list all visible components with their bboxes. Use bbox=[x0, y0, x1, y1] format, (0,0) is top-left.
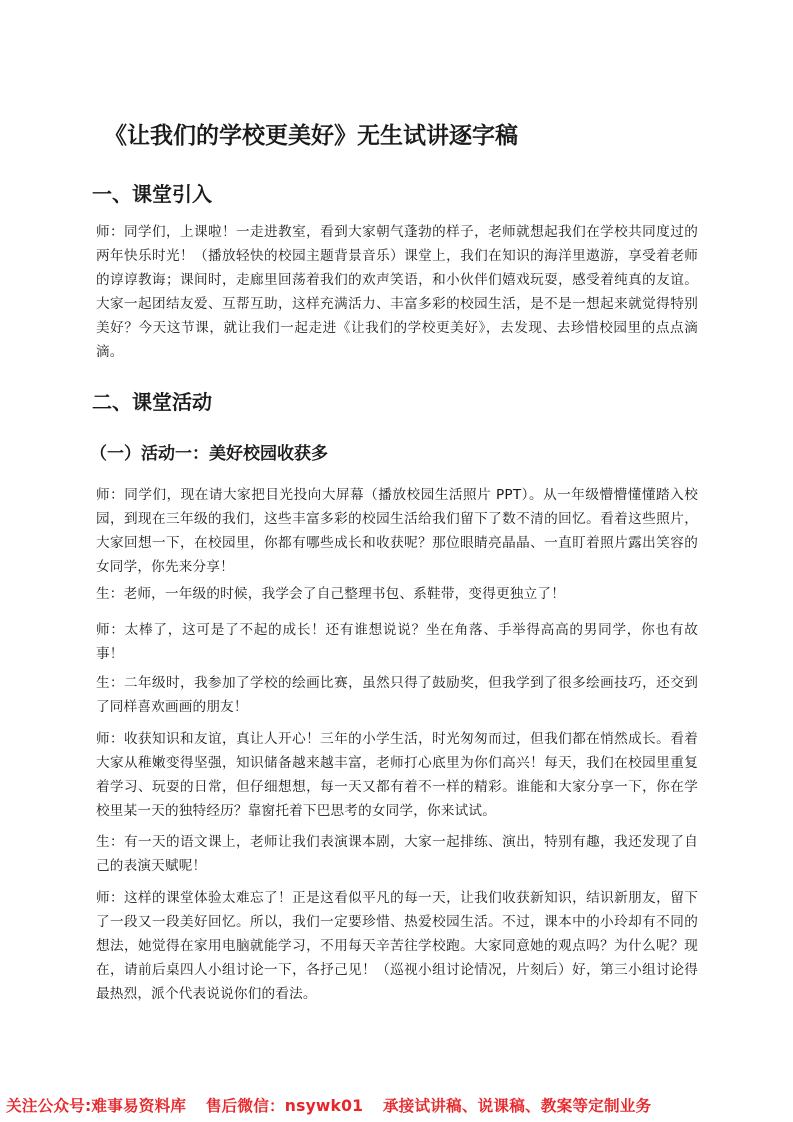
section-heading-intro: 一、课堂引入 bbox=[92, 180, 212, 208]
footer-service: 承接试讲稿、说课稿、教案等定制业务 bbox=[383, 1097, 652, 1115]
paragraph-teacher-4: 师：这样的课堂体验太难忘了！正是这看似平凡的每一天，让我们收获新知识，结识新朋友… bbox=[96, 886, 698, 1006]
paragraph-student-1: 生：老师，一年级的时候，我学会了自己整理书包、系鞋带，变得更独立了！ bbox=[96, 582, 698, 606]
paragraph-teacher-1: 师：同学们，现在请大家把目光投向大屏幕（播放校园生活照片 PPT）。从一年级懵懵… bbox=[96, 483, 698, 579]
subsection-heading-activity-one: （一）活动一：美好校园收获多 bbox=[90, 441, 328, 467]
paragraph-student-3: 生：有一天的语文课上，老师让我们表演课本剧，大家一起排练、演出，特别有趣，我还发… bbox=[96, 830, 698, 878]
section-heading-activities: 二、课堂活动 bbox=[92, 388, 212, 416]
document-title: 《让我们的学校更美好》无生试讲逐字稿 bbox=[104, 120, 518, 152]
footer-wechat: 售后微信：nsywk01 bbox=[206, 1097, 363, 1115]
footer-banner: 关注公众号:难事易资料库 售后微信：nsywk01 承接试讲稿、说课稿、教案等定… bbox=[6, 1094, 788, 1118]
footer-follow-account: 关注公众号:难事易资料库 bbox=[6, 1097, 186, 1115]
paragraph-student-2: 生：二年级时，我参加了学校的绘画比赛，虽然只得了鼓励奖，但我学到了很多绘画技巧，… bbox=[96, 671, 698, 719]
paragraph-teacher-2: 师：太棒了，这可是了不起的成长！还有谁想说说？坐在角落、手举得高高的男同学，你也… bbox=[96, 618, 698, 666]
paragraph-intro: 师：同学们，上课啦！一走进教室，看到大家朝气蓬勃的样子，老师就想起我们在学校共同… bbox=[96, 220, 698, 364]
paragraph-teacher-3: 师：收获知识和友谊，真让人开心！三年的小学生活，时光匆匆而过，但我们都在悄然成长… bbox=[96, 727, 698, 823]
